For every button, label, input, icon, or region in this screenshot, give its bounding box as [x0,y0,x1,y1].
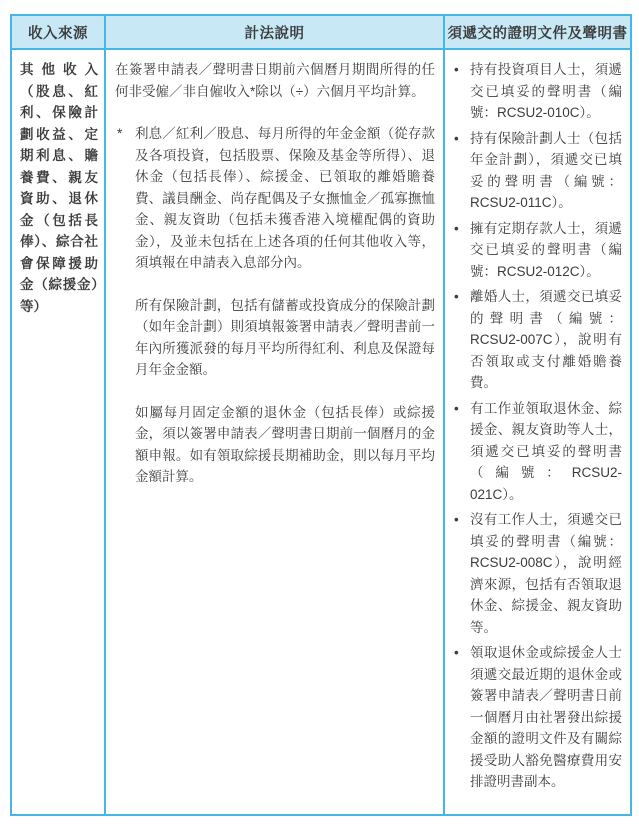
calculation-method-cell: 在簽署申請表／聲明書日期前六個曆月期間所得的任何非受僱／非自僱收入*除以（÷）六… [105,49,444,815]
document-item-text: 離婚人士，須遞交已填妥的聲明書（編號：RCSU2-007C），說明有否領取或支付… [470,289,622,390]
bullet-icon: • [454,128,459,150]
document-item-text: 持有保險計劃人士（包括年金計劃），須遞交已填妥的聲明書（編號：RCSU2-011… [470,131,622,211]
income-source-cell: 其他收入（股息、紅利、保險計劃收益、定期利息、贍養費、親友資助、退休金（包括長俸… [11,49,105,815]
bullet-icon: • [454,286,459,308]
bullet-icon: • [454,59,459,81]
asterisk-marker: * [117,123,122,145]
column-header-required-documents: 須遞交的證明文件及聲明書 [444,15,631,49]
document-item-text: 持有投資項目人士，須遞交已填妥的聲明書（編號：RCSU2-010C）。 [470,62,622,120]
income-source-table: 收入來源 計法說明 須遞交的證明文件及聲明書 其他收入（股息、紅利、保險計劃收益… [10,14,632,816]
bullet-icon: • [454,218,459,240]
document-item-text: 領取退休金或綜援金人士須遞交最近期的退休金或簽署申請表／聲明書日前一個曆月由社署… [470,645,622,789]
table-row: 其他收入（股息、紅利、保險計劃收益、定期利息、贍養費、親友資助、退休金（包括長俸… [11,49,631,815]
bullet-icon: • [454,398,459,420]
document-list-item: • 有工作並領取退休金、綜援金、親友資助等人士，須遞交已填妥的聲明書（編號：RC… [454,398,622,506]
document-item-text: 有工作並領取退休金、綜援金、親友資助等人士，須遞交已填妥的聲明書（編號：RCSU… [470,401,622,502]
document-list-item: • 領取退休金或綜援金人士須遞交最近期的退休金或簽署申請表／聲明書日前一個曆月由… [454,642,622,793]
document-list-item: • 沒有工作人士，須遞交已填妥的聲明書（編號：RCSU2-008C），說明經濟來… [454,509,622,638]
calculation-paragraph-2: 所有保險計劃，包括有儲蓄或投資成分的保險計劃（如年金計劃）則須填報簽署申請表／聲… [135,295,435,381]
documents-list: • 持有投資項目人士，須遞交已填妥的聲明書（編號：RCSU2-010C）。 • … [454,59,622,793]
column-header-calculation-method: 計法說明 [105,15,444,49]
income-source-detail: （股息、紅利、保險計劃收益、定期利息、贍養費、親友資助、退休金（包括長俸）、綜合… [20,84,98,314]
calculation-footnote: * 利息／紅利／股息、每月所得的年金金額（從存款及各項投資，包括股票、保險及基金… [115,123,435,274]
header-row: 收入來源 計法說明 須遞交的證明文件及聲明書 [11,15,631,49]
document-list-item: • 持有保險計劃人士（包括年金計劃），須遞交已填妥的聲明書（編號：RCSU2-0… [454,128,622,214]
column-header-income-source: 收入來源 [11,15,105,49]
document-item-text: 擁有定期存款人士，須遞交已填妥的聲明書（編號：RCSU2-012C）。 [470,221,622,279]
calculation-paragraph-3: 如屬每月固定金額的退休金（包括長俸）或綜援金，須以簽署申請表／聲明書日期前一個曆… [135,402,435,488]
bullet-icon: • [454,642,459,664]
calculation-footnote-text: 利息／紅利／股息、每月所得的年金金額（從存款及各項投資，包括股票、保險及基金等所… [135,126,435,270]
calculation-paragraph-1: 在簽署申請表／聲明書日期前六個曆月期間所得的任何非受僱／非自僱收入*除以（÷）六… [115,59,435,102]
bullet-icon: • [454,509,459,531]
income-source-title: 其他收入 [20,62,98,77]
document-list-item: • 離婚人士，須遞交已填妥的聲明書（編號：RCSU2-007C），說明有否領取或… [454,286,622,394]
required-documents-cell: • 持有投資項目人士，須遞交已填妥的聲明書（編號：RCSU2-010C）。 • … [444,49,631,815]
document-list-item: • 持有投資項目人士，須遞交已填妥的聲明書（編號：RCSU2-010C）。 [454,59,622,124]
document-list-item: • 擁有定期存款人士，須遞交已填妥的聲明書（編號：RCSU2-012C）。 [454,218,622,283]
document-item-text: 沒有工作人士，須遞交已填妥的聲明書（編號：RCSU2-008C），說明經濟來源，… [470,512,622,635]
